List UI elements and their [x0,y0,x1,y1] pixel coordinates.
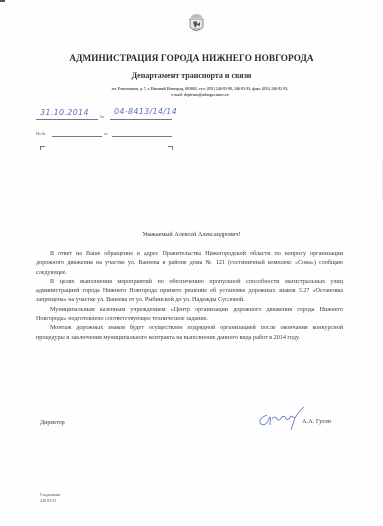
scan-corner-mark [0,0,5,2]
letter-body: В ответ на Ваше обращение в адрес Правит… [36,250,343,343]
signer-role: Директор [40,420,65,426]
date-line [36,119,98,120]
executor-phone: 246 83 01 [40,498,60,504]
reply-date-line [112,136,172,137]
paragraph: Муниципальным казенным учреждением «Цент… [36,306,343,325]
reply-to-label: На № [36,131,45,136]
salutation: Уважаемый Алексей Александрович! [0,231,383,238]
address-bracket-left [40,146,45,150]
paragraph: В целях выполнения мероприятий по обеспе… [36,278,343,306]
paragraph: Монтаж дорожных знаков будет осуществлен… [36,324,343,343]
reply-number-line [52,136,102,137]
executor-block: Гладышкин 246 83 01 [40,492,60,503]
signer-name: А.А. Гусев [302,418,331,425]
address-bracket-right [168,146,173,150]
number-line [110,119,172,120]
organization-title: АДМИНИСТРАЦИЯ ГОРОДА НИЖНЕГО НОВГОРОДА [0,53,383,63]
letter-page: АДМИНИСТРАЦИЯ ГОРОДА НИЖНЕГО НОВГОРОДА Д… [0,0,383,526]
paragraph: В ответ на Ваше обращение в адрес Правит… [36,250,343,278]
number-label: № [100,114,104,119]
from-label: от [104,131,108,136]
department-name: Департамент транспорта и связи [0,71,383,80]
address-block: пл. Революции, д. 7, г. Нижний Новгород,… [60,87,340,98]
email-line: e-mail: deptrans@admgor.nnov.ru [60,93,340,99]
executor-name: Гладышкин [40,492,60,498]
handwritten-date: 31.10.2014 [40,108,89,117]
handwritten-number: 04-8413/14/14 [114,107,177,116]
coat-of-arms-icon [188,12,205,34]
